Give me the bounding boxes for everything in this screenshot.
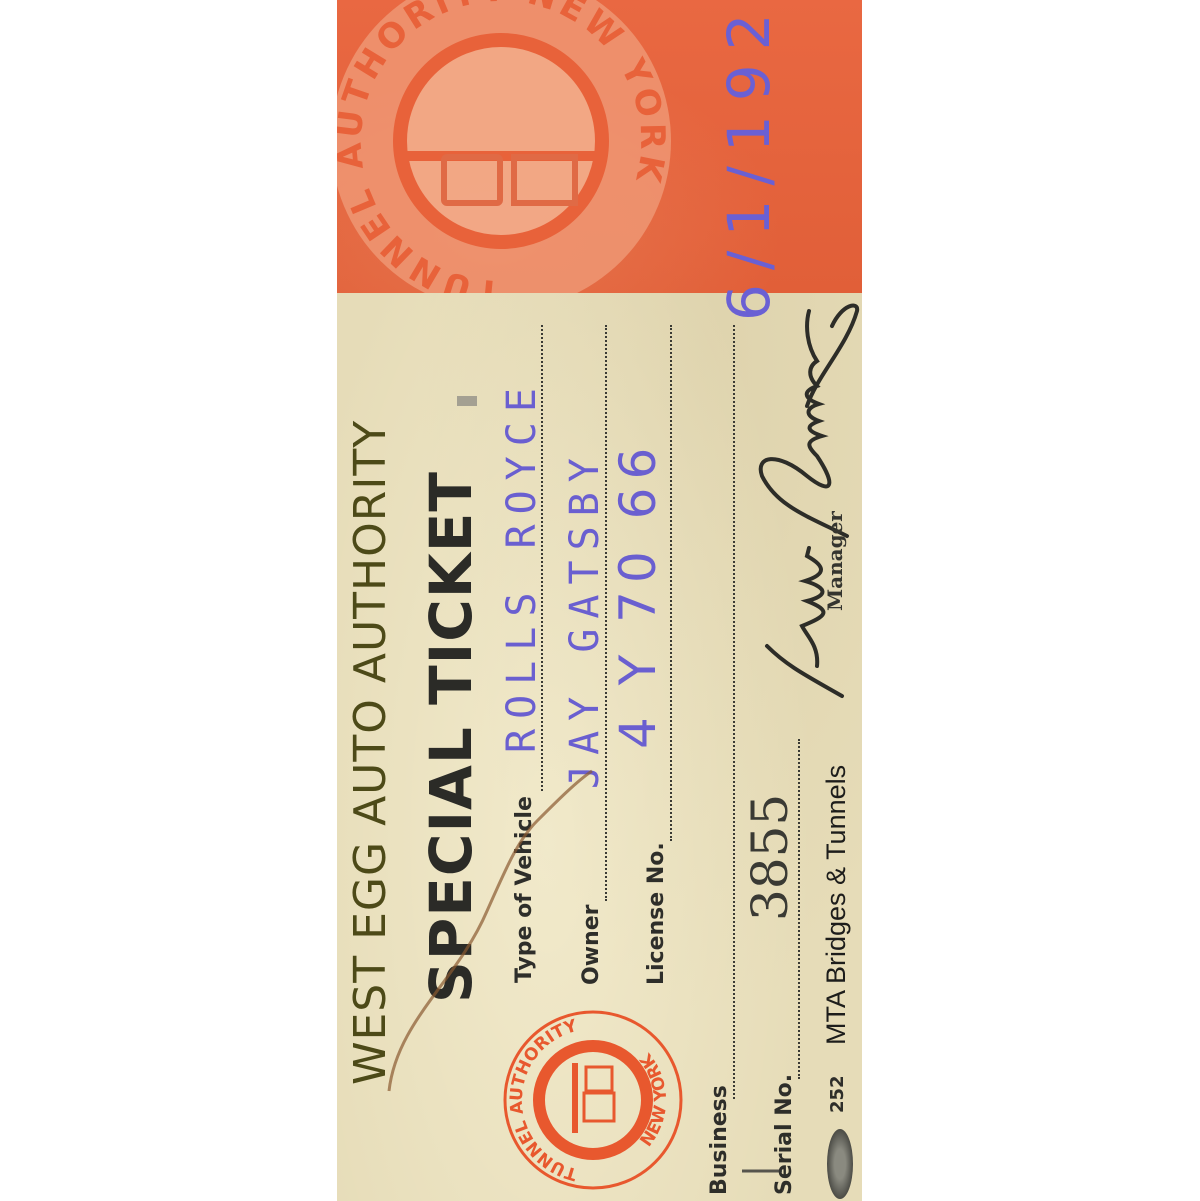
svg-text:TUNNEL AUTHORITY NEW YORK: TUNNEL AUTHORITY NEW YORK	[337, 0, 671, 293]
license-line	[670, 325, 672, 841]
vehicle-label: Type of Vehicle	[512, 796, 537, 983]
serial-label: Serial No.	[772, 1074, 797, 1195]
badge-number: 252	[827, 1075, 848, 1113]
date-stamp: 6/1/1922	[715, 0, 783, 321]
serial-value: 3855	[741, 794, 799, 921]
manager-label: Manager	[823, 511, 847, 611]
license-label: License No.	[644, 842, 669, 985]
issuer-heading: WEST EGG AUTO AUTHORITY	[345, 420, 396, 1085]
orange-band: TUNNEL AUTHORITY NEW YORK	[337, 0, 862, 293]
ticket-title: SPECIAL TICKET	[417, 471, 485, 1003]
owner-value: JAY GATSBY	[562, 448, 608, 789]
credit-text: MTA Bridges & Tunnels	[821, 765, 852, 1045]
owner-label: Owner	[579, 905, 604, 985]
business-line	[733, 325, 735, 1099]
business-label: Business	[707, 1085, 732, 1195]
vehicle-value: ROLLS ROYCE	[499, 378, 545, 753]
ticket-viewport: TUNNEL AUTHORITY NEW YORK WEST EGG AUTO …	[337, 0, 862, 1201]
special-ticket: TUNNEL AUTHORITY NEW YORK WEST EGG AUTO …	[337, 0, 862, 1201]
tunnel-authority-stamp-icon: TUNNEL AUTHORITY NEW YORK	[502, 1009, 684, 1191]
faded-seal-ring: TUNNEL AUTHORITY NEW YORK	[337, 0, 671, 293]
license-value: 4 Y 70 66	[609, 440, 667, 749]
signature-icon	[747, 296, 862, 706]
faded-seal-icon: TUNNEL AUTHORITY NEW YORK	[337, 0, 671, 293]
badge-icon	[827, 1129, 853, 1199]
